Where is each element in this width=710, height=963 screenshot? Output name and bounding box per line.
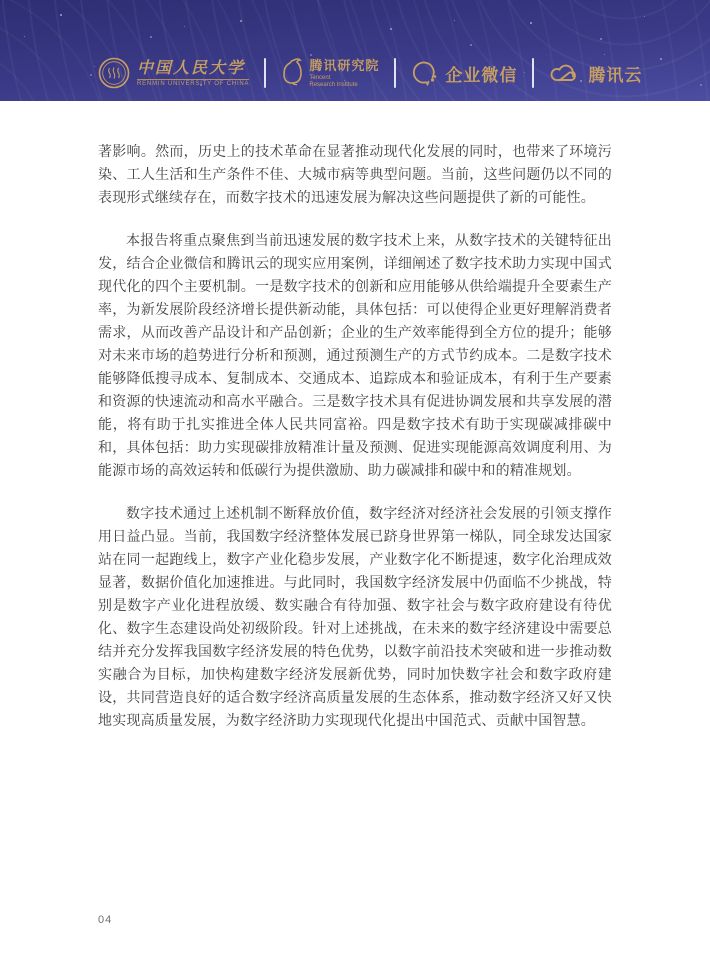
ruc-logo-sublabel: RENMIN UNIVERSITY OF CHINA (137, 79, 249, 87)
logo-tencent-research-institute: 腾讯研究院 Tencent Research Institute (281, 57, 379, 89)
tri-logo-sublabel: Tencent Research Institute (309, 75, 379, 89)
report-page: 中国人民大学 RENMIN UNIVERSITY OF CHINA 腾讯研究院 … (0, 0, 710, 963)
paragraph-2: 本报告将重点聚焦到当前迅速发展的数字技术上来，从数字技术的关键特征出发，结合企业… (98, 229, 612, 482)
logo-row: 中国人民大学 RENMIN UNIVERSITY OF CHINA 腾讯研究院 … (98, 50, 642, 96)
logo-wecom: 企业微信 (411, 60, 517, 87)
tencent-cloud-logo-label: 腾讯云 (588, 61, 642, 86)
page-body: 著影响。然而，历史上的技术革命在显著推动现代化发展的同时，也带来了环境污染、工人… (98, 140, 612, 752)
cloud-icon (549, 61, 581, 85)
header-banner: 中国人民大学 RENMIN UNIVERSITY OF CHINA 腾讯研究院 … (0, 0, 710, 101)
logo-divider (394, 58, 396, 88)
tri-logo-label: 腾讯研究院 (309, 58, 379, 73)
tri-logo-text: 腾讯研究院 Tencent Research Institute (309, 58, 379, 89)
page-number: 04 (98, 914, 112, 926)
chat-bubble-icon (411, 60, 438, 87)
paragraph-3: 数字技术通过上述机制不断释放价值，数字经济对经济社会发展的引领支撑作用日益凸显。… (98, 502, 612, 732)
paragraph-1: 著影响。然而，历史上的技术革命在显著推动现代化发展的同时，也带来了环境污染、工人… (98, 140, 612, 209)
logo-renmin-university: 中国人民大学 RENMIN UNIVERSITY OF CHINA (98, 57, 249, 89)
ruc-logo-label: 中国人民大学 (137, 59, 249, 77)
wecom-logo-label: 企业微信 (445, 61, 517, 86)
penguin-icon (281, 57, 303, 89)
logo-divider (532, 58, 534, 88)
logo-divider (264, 58, 266, 88)
ruc-logo-text: 中国人民大学 RENMIN UNIVERSITY OF CHINA (137, 59, 249, 87)
page-footer: 04 (98, 910, 112, 928)
ruc-seal-icon (98, 57, 130, 89)
banner-stars-decoration (60, 14, 62, 16)
logo-tencent-cloud: 腾讯云 (549, 61, 642, 86)
banner-stars-decoration (24, 36, 25, 37)
